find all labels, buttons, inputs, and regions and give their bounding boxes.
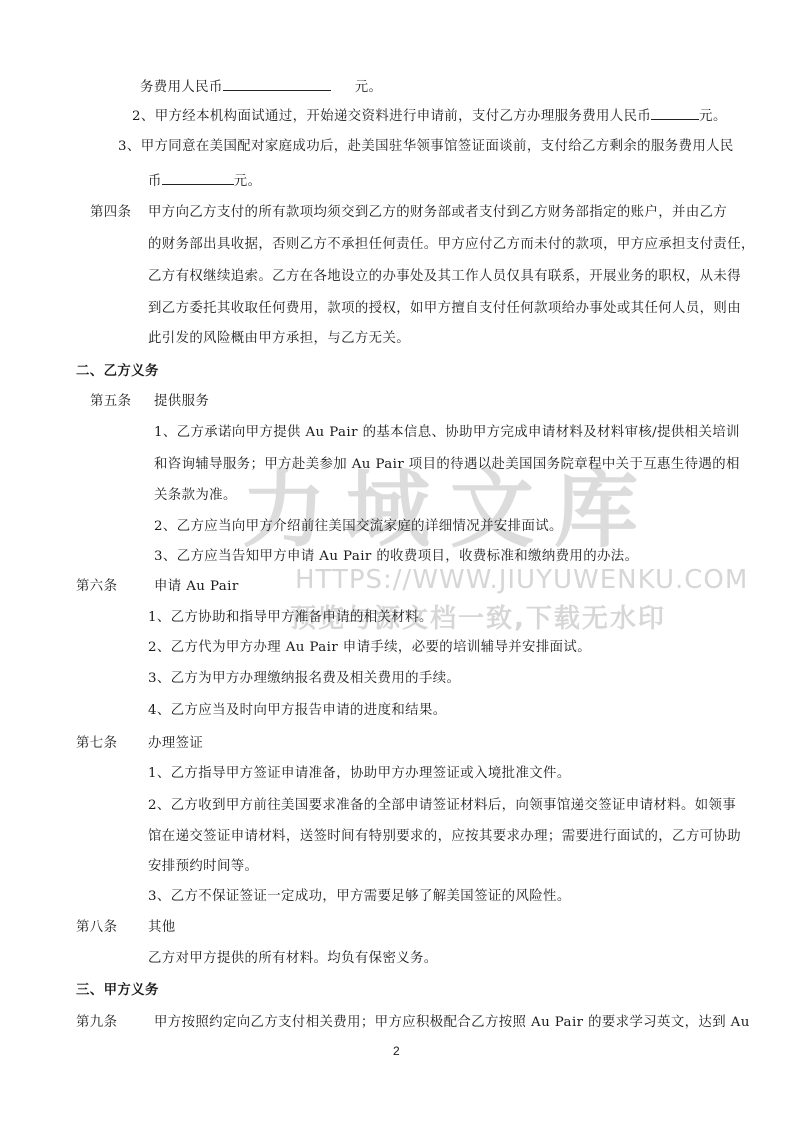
text: 元。 xyxy=(699,109,727,124)
article-7-item: 3、乙方不保证签证一定成功，甲方需要足够了解美国签证的风险性。 xyxy=(148,888,571,906)
article-5-label: 第五条 xyxy=(90,393,131,411)
article-8-label: 第八条 xyxy=(76,919,117,937)
article-7-item: 1、乙方指导甲方签证申请准备，协助甲方办理签证或入境批准文件。 xyxy=(148,765,571,783)
article-6-item: 1、乙方协助和指导甲方准备申请的相关材料。 xyxy=(148,609,433,627)
text: 元。 xyxy=(234,174,262,189)
article-5-item: 2、乙方应当向甲方介绍前往美国交流家庭的详细情况并安排面试。 xyxy=(154,518,563,536)
article-5-item: 3、乙方应当告知甲方申请 Au Pair 的收费项目，收费标准和缴纳费用的办法。 xyxy=(154,548,638,566)
page-number: 2 xyxy=(393,1044,400,1058)
article-5-item: 和咨询辅导服务；甲方赴美参加 Au Pair 项目的待遇以赴美国国务院章程中关于… xyxy=(154,456,740,474)
text: 币 xyxy=(148,174,162,189)
blank-amount-2 xyxy=(651,105,699,120)
article-4-line: 甲方向乙方支付的所有款项均须交到乙方的财务部或者支付到乙方财务部指定的账户，并由… xyxy=(148,204,727,222)
payment-line-1: 务费用人民币元。 xyxy=(140,76,382,97)
article-6-item: 3、乙方为甲方办理缴纳报名费及相关费用的手续。 xyxy=(148,670,460,688)
blank-amount-3 xyxy=(162,170,234,185)
article-9-label: 第九条 xyxy=(76,1014,117,1032)
article-5-title: 提供服务 xyxy=(154,393,209,411)
payment-line-2: 2、甲方经本机构面试通过，开始递交资料进行申请前，支付乙方办理服务费用人民币元。 xyxy=(132,105,727,126)
article-6-item: 4、乙方应当及时向甲方报告申请的进度和结果。 xyxy=(148,702,447,720)
article-4-line: 此引发的风险概由甲方承担，与乙方无关。 xyxy=(148,330,410,348)
article-6-item: 2、乙方代为甲方办理 Au Pair 申请手续，必要的培训辅导并安排面试。 xyxy=(148,639,591,657)
article-7-title: 办理签证 xyxy=(148,735,203,753)
payment-line-3: 3、甲方同意在美国配对家庭成功后，赴美国驻华领事馆签证面谈前，支付给乙方剩余的服… xyxy=(118,138,734,156)
article-8-title: 其他 xyxy=(148,919,176,937)
article-4-line: 到乙方委托其收取任何费用，款项的授权，如甲方擅自支付任何款项给办事处或其任何人员… xyxy=(148,300,741,318)
article-4-line: 的财务部出具收据，否则乙方不承担任何责任。甲方应付乙方而未付的款项，甲方应承担支… xyxy=(148,236,755,254)
article-6-title: 申请 Au Pair xyxy=(154,578,239,596)
article-9-text: 甲方按照约定向乙方支付相关费用；甲方应积极配合乙方按照 Au Pair 的要求学… xyxy=(154,1014,750,1032)
article-4-line: 乙方有权继续追索。乙方在各地设立的办事处及其工作人员仅具有联系，开展业务的职权，… xyxy=(148,268,741,286)
text: 2、甲方经本机构面试通过，开始递交资料进行申请前，支付乙方办理服务费用人民币 xyxy=(132,109,651,124)
article-7-item: 2、乙方收到甲方前往美国要求准备的全部申请签证材料后，向领事馆递交签证申请材料。… xyxy=(148,797,736,815)
article-7-label: 第七条 xyxy=(76,735,117,753)
payment-line-4: 币元。 xyxy=(148,170,261,191)
blank-amount-1 xyxy=(223,76,331,91)
article-7-item: 馆在递交签证申请材料，送签时间有特别要求的，应按其要求办理；需要进行面试的，乙方… xyxy=(148,828,741,846)
watermark-url: HTTPS://WWW.JIUYUWENKU.COM xyxy=(295,565,748,595)
text: 务费用人民币 xyxy=(140,80,223,95)
article-5-item: 关条款为准。 xyxy=(154,487,237,505)
section-2-heading: 二、乙方义务 xyxy=(76,363,159,381)
document-page: 力域文库 HTTPS://WWW.JIUYUWENKU.COM 预览与源文档一致… xyxy=(0,0,793,1122)
section-3-heading: 三、甲方义务 xyxy=(76,982,159,1000)
article-5-item: 1、乙方承诺向甲方提供 Au Pair 的基本信息、协助甲方完成申请材料及材料审… xyxy=(154,424,740,442)
article-8-item: 乙方对甲方提供的所有材料。均负有保密义务。 xyxy=(148,950,438,968)
article-6-label: 第六条 xyxy=(76,578,117,596)
article-7-item: 安排预约时间等。 xyxy=(148,858,258,876)
text: 元。 xyxy=(355,80,383,95)
article-4-label: 第四条 xyxy=(90,204,131,222)
watermark-title: 力域文库 xyxy=(242,465,658,555)
